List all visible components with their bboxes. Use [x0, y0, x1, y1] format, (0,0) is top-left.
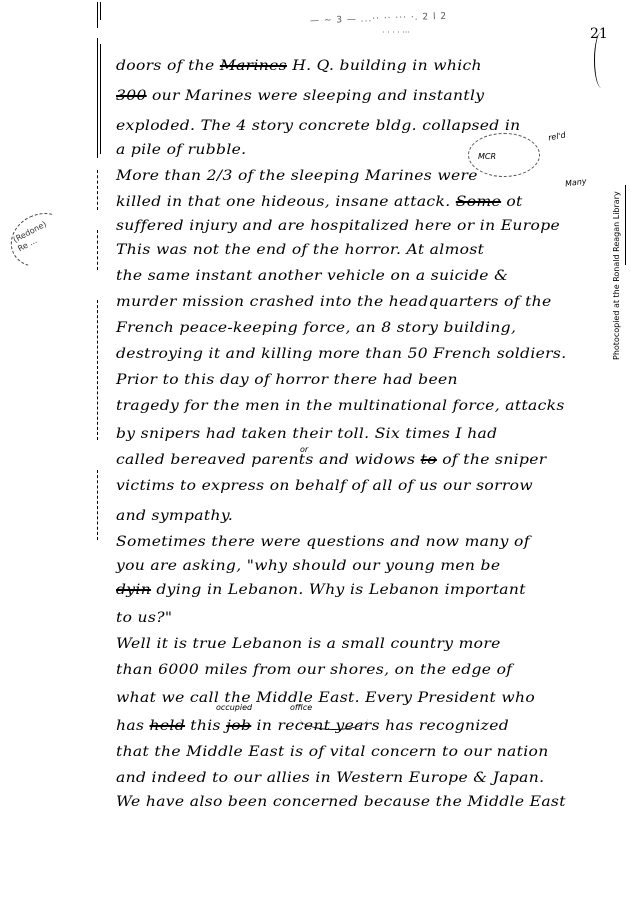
- line-text: Well it is true Lebanon is a small count…: [116, 636, 501, 652]
- handwritten-line: killed in that one hideous, insane attac…: [116, 194, 523, 210]
- struck-word: to: [421, 452, 437, 468]
- handwritten-line: More than 2/3 of the sleeping Marines we…: [116, 168, 478, 184]
- handwritten-line: Sometimes there were questions and now m…: [116, 534, 530, 550]
- scan-edge-line: [97, 2, 98, 28]
- line-text: destroying it and killing more than 50 F…: [116, 346, 567, 362]
- line-text: a pile of rubble.: [116, 142, 246, 158]
- handwritten-line: exploded. The 4 story concrete bldg. col…: [116, 118, 521, 134]
- handwritten-line: tragedy for the men in the multinational…: [116, 398, 565, 414]
- scan-edge-line: [100, 2, 101, 20]
- handwritten-line: We have also been concerned because the …: [116, 794, 566, 810]
- handwritten-line: and sympathy.: [116, 508, 233, 524]
- line-text: This was not the end of the horror. At a…: [116, 242, 484, 258]
- line-text: Sometimes there were questions and now m…: [116, 534, 530, 550]
- handwritten-line: has held this job in recent years has re…: [116, 718, 509, 734]
- line-text: More than 2/3 of the sleeping Marines we…: [116, 168, 478, 184]
- scan-edge-line: [97, 38, 98, 158]
- scanned-document-page: — ~ 3 — ...·· ·· ··· ·. 2 l 2 · · · · ··…: [0, 0, 635, 900]
- handwritten-line: destroying it and killing more than 50 F…: [116, 346, 567, 362]
- handwritten-line: Prior to this day of horror there had be…: [116, 372, 458, 388]
- handwritten-line: a pile of rubble.: [116, 142, 246, 158]
- handwritten-line: and indeed to our allies in Western Euro…: [116, 770, 544, 786]
- annotation-many: Many: [564, 177, 587, 189]
- handwritten-line: murder mission crashed into the headquar…: [116, 294, 552, 310]
- scan-edge-line: [97, 470, 99, 540]
- struck-word: dyin: [116, 582, 151, 598]
- handwritten-line: Well it is true Lebanon is a small count…: [116, 636, 501, 652]
- handwritten-line: doors of the Marines H. Q. building in w…: [116, 58, 482, 74]
- line-text: Prior to this day of horror there had be…: [116, 372, 458, 388]
- line-text: French peace-keeping force, an 8 story b…: [116, 320, 516, 336]
- handwritten-line: dyin dying in Lebanon. Why is Lebanon im…: [116, 582, 526, 598]
- line-text: than 6000 miles from our shores, on the …: [116, 662, 512, 678]
- line-text: the same instant another vehicle on a su…: [116, 268, 508, 284]
- handwritten-line: that the Middle East is of vital concern…: [116, 744, 549, 760]
- struck-word: 300: [116, 88, 147, 104]
- scan-edge-line: [97, 230, 99, 270]
- line-text: tragedy for the men in the multinational…: [116, 398, 565, 414]
- handwritten-line: than 6000 miles from our shores, on the …: [116, 662, 512, 678]
- line-text: killed in that one hideous, insane attac…: [116, 194, 456, 210]
- handwritten-line: called bereaved parents and widows to of…: [116, 452, 547, 468]
- header-stamp-line2: · · · · ···: [382, 28, 410, 37]
- line-text: victims to express on behalf of all of u…: [116, 478, 533, 494]
- line-text: dying in Lebanon. Why is Lebanon importa…: [151, 582, 526, 598]
- line-text: doors of the: [116, 58, 220, 74]
- handwritten-line: suffered injury and are hospitalized her…: [116, 218, 560, 234]
- struck-word: Some: [456, 194, 501, 210]
- annotation-scribble: rel'd: [547, 131, 566, 143]
- handwritten-line: you are asking, "why should our young me…: [116, 558, 500, 574]
- handwritten-line: to us?": [116, 610, 172, 626]
- scan-edge-line: [97, 170, 99, 210]
- line-text: exploded. The 4 story concrete bldg. col…: [116, 118, 521, 134]
- line-text: We have also been concerned because the …: [116, 794, 566, 810]
- line-text: suffered injury and are hospitalized her…: [116, 218, 560, 234]
- line-text: and sympathy.: [116, 508, 233, 524]
- struck-word: held: [150, 718, 185, 734]
- line-text: to us?": [116, 610, 172, 626]
- line-text: murder mission crashed into the headquar…: [116, 294, 552, 310]
- line-text: you are asking, "why should our young me…: [116, 558, 500, 574]
- struck-word: job: [226, 718, 251, 734]
- brace-mark: [594, 32, 609, 88]
- handwritten-line: French peace-keeping force, an 8 story b…: [116, 320, 516, 336]
- line-text: our Marines were sleeping and instantly: [147, 88, 485, 104]
- line-text: and indeed to our allies in Western Euro…: [116, 770, 544, 786]
- line-text: that the Middle East is of vital concern…: [116, 744, 549, 760]
- line-text: H. Q. building in which: [287, 58, 482, 74]
- line-text: called bereaved parents and widows: [116, 452, 421, 468]
- scan-edge-line: [97, 300, 99, 440]
- archive-stamp-bar: [625, 185, 626, 265]
- line-text: has: [116, 718, 150, 734]
- scan-edge-line: [100, 44, 101, 154]
- handwritten-line: victims to express on behalf of all of u…: [116, 478, 533, 494]
- line-text: in recent years has recognized: [251, 718, 509, 734]
- line-text: what we call the Middle East. Every Pres…: [116, 690, 535, 706]
- handwritten-line: by snipers had taken their toll. Six tim…: [116, 426, 497, 442]
- header-stamp: — ~ 3 — ...·· ·· ··· ·. 2 l 2: [310, 12, 447, 27]
- line-text: of the sniper: [437, 452, 547, 468]
- line-text: this: [185, 718, 226, 734]
- handwritten-line: This was not the end of the horror. At a…: [116, 242, 484, 258]
- line-text: ot: [501, 194, 523, 210]
- handwritten-line: 300 our Marines were sleeping and instan…: [116, 88, 484, 104]
- handwritten-line: the same instant another vehicle on a su…: [116, 268, 508, 284]
- handwritten-line: what we call the Middle East. Every Pres…: [116, 690, 535, 706]
- struck-word: Marines: [220, 58, 287, 74]
- archive-stamp: Photocopied at the Ronald Reagan Library: [612, 191, 621, 360]
- line-text: by snipers had taken their toll. Six tim…: [116, 426, 497, 442]
- annotation-mcr: MCR: [478, 152, 496, 161]
